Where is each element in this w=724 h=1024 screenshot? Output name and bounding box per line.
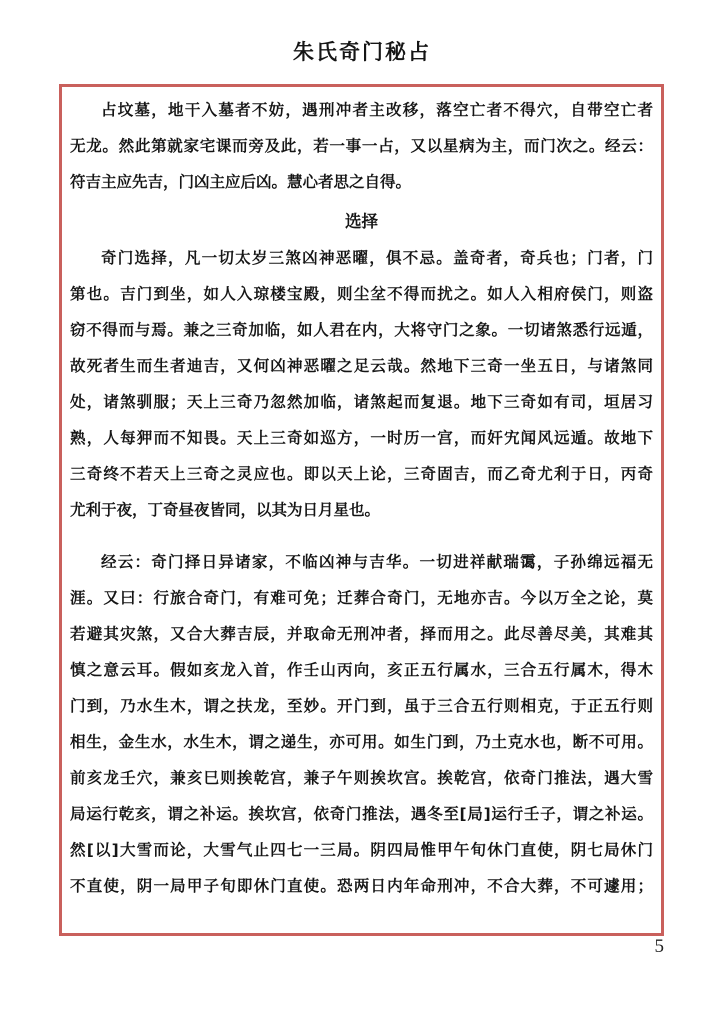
text-line: 无龙。然此第就家宅课而旁及此，若一事一占，又以星病为主，而门次之。经云： [70,128,653,164]
text-line: 局运行乾亥，谓之补运。挨坎宫，依奇门推法，遇冬至[局]运行壬子，谓之补运。 [70,796,653,832]
text-line: 慎之意云耳。假如亥龙入首，作壬山丙向，亥正五行属水，三合五行属木，得木 [70,652,653,688]
text-line: 尤利于夜，丁奇昼夜皆同，以其为日月星也。 [70,492,653,528]
page-number: 5 [59,936,664,958]
text-line: 占坟墓，地干入墓者不妨，遇刑冲者主改移，落空亡者不得穴，自带空亡者 [70,92,653,128]
document-page: 朱氏奇门秘占 占坟墓，地干入墓者不妨，遇刑冲者主改移，落空亡者不得穴，自带空亡者… [0,0,724,1024]
text-line: 故死者生而生者迪吉，又何凶神恶曜之足云哉。然地下三奇一坐五日，与诸煞同 [70,348,653,384]
content-border-box: 占坟墓，地干入墓者不妨，遇刑冲者主改移，落空亡者不得穴，自带空亡者 无龙。然此第… [59,84,664,936]
section-heading: 选择 [70,204,653,240]
text-line: 相生，金生水，水生木，谓之递生，亦可用。如生门到，乃土克水也，断不可用。 [70,724,653,760]
text-line: 窃不得而与焉。兼之三奇加临，如人君在内，大将守门之象。一切诸煞悉行远遁， [70,312,653,348]
text-line: 经云：奇门择日异诸家，不临凶神与吉华。一切进祥献瑞霭，子孙绵远福无 [70,544,653,580]
text-line: 然[以]大雪而论，大雪气止四七一三局。阴四局惟甲午旬休门直使，阴七局休门 [70,832,653,868]
text-line: 符吉主应先吉，门凶主应后凶。慧心者思之自得。 [70,164,653,200]
paragraph-1: 占坟墓，地干入墓者不妨，遇刑冲者主改移，落空亡者不得穴，自带空亡者 无龙。然此第… [70,92,653,200]
paragraph-2: 奇门选择，凡一切太岁三煞凶神恶曜，俱不忌。盖奇者，奇兵也；门者，门 第也。吉门到… [70,240,653,528]
paragraph-3: 经云：奇门择日异诸家，不临凶神与吉华。一切进祥献瑞霭，子孙绵远福无 涯。又曰：行… [70,544,653,904]
text-line: 奇门选择，凡一切太岁三煞凶神恶曜，俱不忌。盖奇者，奇兵也；门者，门 [70,240,653,276]
text-line: 前亥龙壬穴，兼亥巳则挨乾宫，兼子午则挨坎宫。挨乾宫，依奇门推法，遇大雪 [70,760,653,796]
text-line: 三奇终不若天上三奇之灵应也。即以天上论，三奇固吉，而乙奇尤利于日，丙奇 [70,456,653,492]
doc-title: 朱氏奇门秘占 [0,36,724,66]
text-line: 若避其灾煞，又合大葬吉辰，并取命无刑冲者，择而用之。此尽善尽美，其难其 [70,616,653,652]
text-line: 门到，乃水生木，谓之扶龙，至妙。开门到，虽于三合五行则相克，于正五行则 [70,688,653,724]
text-line: 处，诸煞驯服；天上三奇乃忽然加临，诸煞起而复退。地下三奇如有司，垣居习 [70,384,653,420]
text-line: 涯。又曰：行旅合奇门，有难可免；迁葬合奇门，无地亦吉。今以万全之论，莫 [70,580,653,616]
text-line: 第也。吉门到坐，如人入琼楼宝殿，则尘坌不得而扰之。如人入相府侯门，则盗 [70,276,653,312]
text-line: 熟，人每狎而不知畏。天上三奇如巡方，一时历一宫，而奸宄闻风远遁。故地下 [70,420,653,456]
text-line: 不直使，阴一局甲子旬即休门直使。恐两日内年命刑冲，不合大葬，不可遽用； [70,868,653,904]
